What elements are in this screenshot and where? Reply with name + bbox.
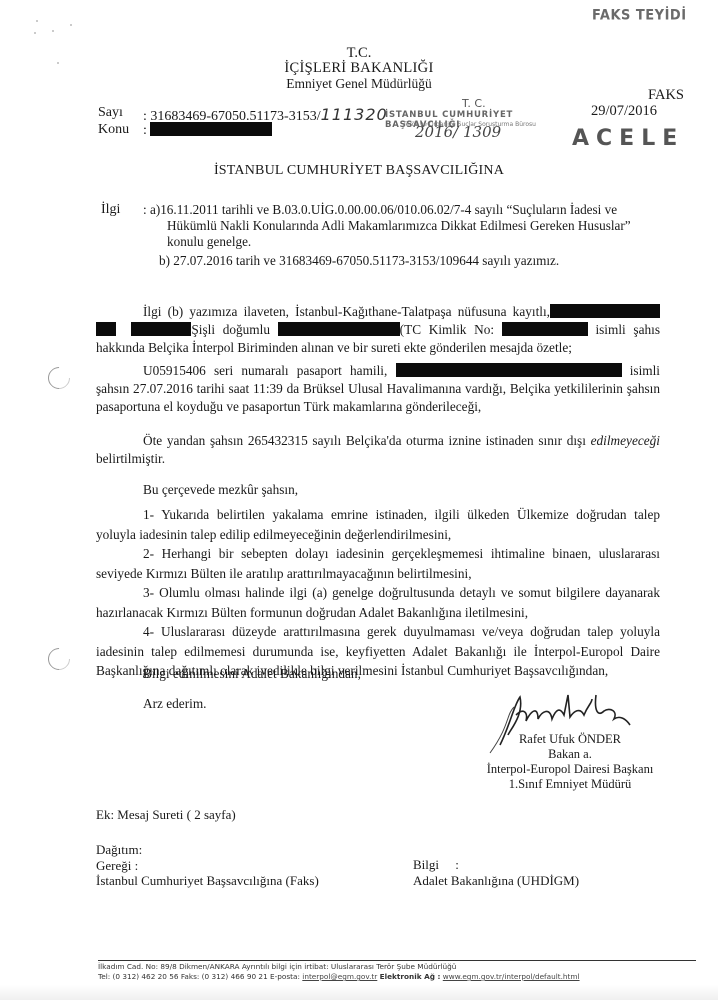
fax-date: 29/07/2016 xyxy=(591,103,657,120)
faks-teyidi-stamp: FAKS TEYİDİ xyxy=(592,7,687,24)
distribution-info: Bilgi : Adalet Bakanlığına (UHDİGM) xyxy=(413,857,579,888)
footer-divider xyxy=(98,960,696,961)
scan-speck xyxy=(52,30,54,32)
signatory-name: Rafet Ufuk ÖNDER xyxy=(470,732,670,747)
footer-contact: İlkadım Cad. No: 89/8 Dikmen/ANKARA Ayrı… xyxy=(98,962,580,982)
attachment-note: Ek: Mesaj Sureti ( 2 sayfa) xyxy=(96,807,236,823)
redaction xyxy=(96,322,116,336)
redaction xyxy=(150,122,272,136)
scan-edge xyxy=(0,985,718,1000)
received-stamp: T. C. İSTANBUL CUMHURİYET BAŞSAVCILIĞI T… xyxy=(377,97,587,147)
ilgi-references: : a)16.11.2011 tarihli ve B.03.0.UİG.0.0… xyxy=(143,202,643,269)
header-ministry: İÇİŞLERİ BAKANLIĞI xyxy=(0,60,718,77)
scan-speck xyxy=(34,32,36,34)
urgency-stamp: ACELE xyxy=(572,126,684,151)
request-list: 1- Yukarıda belirtilen yakalama emrine i… xyxy=(96,505,660,681)
paragraph-residence-permit: Öte yandan şahsın 265432315 sayılı Belçi… xyxy=(96,432,660,468)
punch-hole xyxy=(43,362,74,393)
punch-hole xyxy=(43,643,74,674)
signatory-title: İnterpol-Europol Dairesi Başkanı xyxy=(470,762,670,777)
addressee: İSTANBUL CUMHURİYET BAŞSAVCILIĞINA xyxy=(0,163,718,179)
redaction xyxy=(131,322,191,336)
redaction xyxy=(278,322,400,336)
list-item: 1- Yukarıda belirtilen yakalama emrine i… xyxy=(96,505,660,544)
sayi-label: Sayı xyxy=(98,105,123,121)
konu-label: Konu xyxy=(98,122,129,138)
fax-label: FAKS xyxy=(648,87,684,104)
header-directorate: Emniyet Genel Müdürlüğü xyxy=(0,76,718,92)
konu-value: : xyxy=(143,122,272,139)
signatory-rank: 1.Sınıf Emniyet Müdürü xyxy=(470,777,670,792)
list-item: 3- Olumlu olması halinde ilgi (a) genelg… xyxy=(96,583,660,622)
paragraph-subject-info: İlgi (b) yazımıza ilaveten, İstanbul-Kağ… xyxy=(96,303,660,357)
redaction xyxy=(502,322,588,336)
paragraph-intro-requests: Bu çerçevede mezkûr şahsın, xyxy=(96,481,660,499)
signature-block: Rafet Ufuk ÖNDER Bakan a. İnterpol-Europ… xyxy=(470,732,670,792)
website-link[interactable]: www.egm.gov.tr/interpol/default.html xyxy=(443,972,580,981)
distribution-action: Dağıtım: Gereği : İstanbul Cumhuriyet Ba… xyxy=(96,842,319,889)
redaction xyxy=(396,363,622,377)
list-item: 2- Herhangi bir sebepten dolayı iadesini… xyxy=(96,544,660,583)
paragraph-passport: U05915406 seri numaralı pasaport hamili,… xyxy=(96,362,660,416)
email-link[interactable]: interpol@egm.gov.tr xyxy=(302,972,377,981)
redaction xyxy=(550,304,660,318)
signatory-on-behalf: Bakan a. xyxy=(470,747,670,762)
scan-speck xyxy=(36,20,38,22)
scan-speck xyxy=(70,24,72,26)
paragraph-info-ministry: Bilgi edinilmesini Adalet Bakanlığından, xyxy=(96,665,660,683)
ilgi-label: İlgi xyxy=(101,202,120,218)
